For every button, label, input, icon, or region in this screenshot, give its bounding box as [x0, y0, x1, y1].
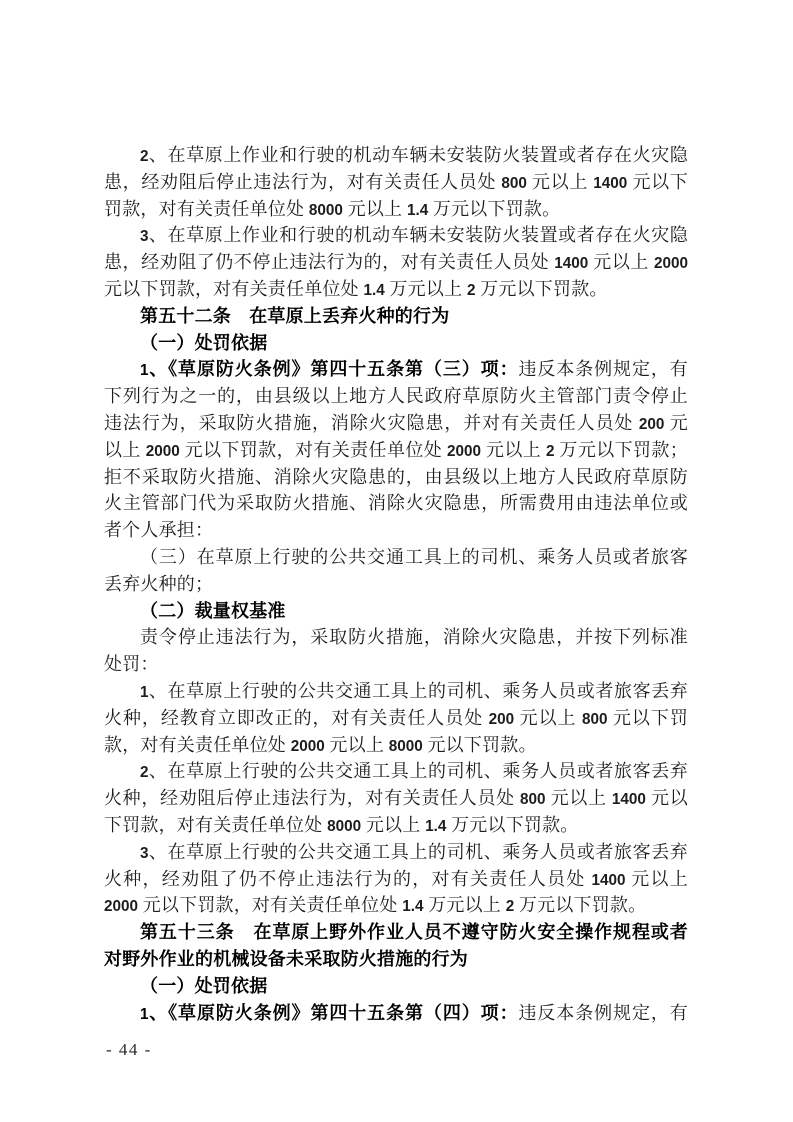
text-run: 元以下罚款，对有关责任单位处 1.4 万元以上 2 万元以下罚款。 — [104, 279, 608, 299]
text-line: 2、在草原上行驶的公共交通工具上的司机、乘务人员或者旅客丢弃 — [104, 758, 688, 785]
text-run: 违反本条例规定，有 — [518, 359, 688, 379]
text-line: 3、在草原上行驶的公共交通工具上的司机、乘务人员或者旅客丢弃 — [104, 839, 688, 866]
text-line: 罚款，对有关责任单位处 8000 元以上 1.4 万元以下罚款。 — [104, 196, 688, 223]
text-run: 3、在草原上作业和行驶的机动车辆未安装防火装置或者存在火灾隐 — [140, 225, 688, 245]
legal-citation-bold: 1、《草原防火条例》第四十五条第（四）项： — [140, 1003, 518, 1023]
text-line: 3、在草原上作业和行驶的机动车辆未安装防火装置或者存在火灾隐 — [104, 222, 688, 249]
heading-run: 对野外作业的机械设备未采取防火措施的行为 — [104, 949, 468, 969]
text-line: 患，经劝阻了仍不停止违法行为的，对有关责任人员处 1400 元以上 2000 — [104, 249, 688, 276]
text-run: 火种，经劝阻了仍不停止违法行为的，对有关责任人员处 1400 元以上 — [104, 869, 688, 889]
text-run: 责令停止违法行为，采取防火措施，消除火灾隐患，并按下列标准 — [140, 627, 688, 647]
article-53-heading-line2: 对野外作业的机械设备未采取防火措施的行为 — [104, 946, 688, 973]
text-run: 火种，经劝阻后停止违法行为，对有关责任人员处 800 元以上 1400 元以 — [104, 788, 688, 808]
text-run: 火主管部门代为采取防火措施、消除火灾隐患，所需费用由违法单位或 — [104, 493, 688, 513]
text-run: 以上 2000 元以下罚款，对有关责任单位处 2000 元以上 2 万元以下罚款… — [104, 440, 688, 460]
text-line: 2、在草原上作业和行驶的机动车辆未安装防火装置或者存在火灾隐 — [104, 142, 688, 169]
text-line: 火主管部门代为采取防火措施、消除火灾隐患，所需费用由违法单位或 — [104, 490, 688, 517]
text-line: 下罚款，对有关责任单位处 8000 元以上 1.4 万元以下罚款。 — [104, 812, 688, 839]
penalty-basis-heading-52: （一）处罚依据 — [104, 330, 688, 357]
text-run: 罚款，对有关责任单位处 8000 元以上 1.4 万元以下罚款。 — [104, 199, 560, 219]
heading-run: （一）处罚依据 — [140, 333, 267, 353]
text-line: 违法行为，采取防火措施，消除火灾隐患，并对有关责任人员处 200 元 — [104, 410, 688, 437]
text-run: 患，经劝阻后停止违法行为，对有关责任人员处 800 元以上 1400 元以下 — [104, 172, 688, 192]
heading-run: （二）裁量权基准 — [140, 601, 286, 621]
text-line: 下列行为之一的，由县级以上地方人民政府草原防火主管部门责令停止 — [104, 383, 688, 410]
article-52-heading: 第五十二条 在草原上丢弃火种的行为 — [104, 303, 688, 330]
text-run: 丢弃火种的； — [104, 574, 213, 594]
text-line: 患，经劝阻后停止违法行为，对有关责任人员处 800 元以上 1400 元以下 — [104, 169, 688, 196]
discretion-benchmark-heading-52: （二）裁量权基准 — [104, 598, 688, 625]
text-run: 患，经劝阻了仍不停止违法行为的，对有关责任人员处 1400 元以上 2000 — [104, 252, 688, 272]
text-line: 以上 2000 元以下罚款，对有关责任单位处 2000 元以上 2 万元以下罚款… — [104, 437, 688, 464]
text-line: 元以下罚款，对有关责任单位处 1.4 万元以上 2 万元以下罚款。 — [104, 276, 688, 303]
text-run: 处罚： — [104, 654, 159, 674]
text-line: 款，对有关责任单位处 2000 元以上 8000 元以下罚款。 — [104, 732, 688, 759]
text-line: 处罚： — [104, 651, 688, 678]
text-line: 1、《草原防火条例》第四十五条第（四）项：违反本条例规定，有 — [104, 1000, 688, 1027]
penalty-basis-heading-53: （一）处罚依据 — [104, 973, 688, 1000]
text-line: 火种，经教育立即改正的，对有关责任人员处 200 元以上 800 元以下罚 — [104, 705, 688, 732]
text-run: 下罚款，对有关责任单位处 8000 元以上 1.4 万元以下罚款。 — [104, 815, 579, 835]
text-run: 者个人承担： — [104, 520, 213, 540]
legal-citation-bold: 1、《草原防火条例》第四十五条第（三）项： — [140, 359, 518, 379]
text-run: 2000 元以下罚款，对有关责任单位处 1.4 万元以上 2 万元以下罚款。 — [104, 895, 646, 915]
text-line: 火种，经劝阻后停止违法行为，对有关责任人员处 800 元以上 1400 元以 — [104, 785, 688, 812]
text-line: （三）在草原上行驶的公共交通工具上的司机、乘务人员或者旅客 — [104, 544, 688, 571]
text-line: 1、在草原上行驶的公共交通工具上的司机、乘务人员或者旅客丢弃 — [104, 678, 688, 705]
text-run: 款，对有关责任单位处 2000 元以上 8000 元以下罚款。 — [104, 735, 537, 755]
text-run: 违反本条例规定，有 — [518, 1003, 688, 1023]
text-line: 2000 元以下罚款，对有关责任单位处 1.4 万元以上 2 万元以下罚款。 — [104, 892, 688, 919]
document-page: 2、在草原上作业和行驶的机动车辆未安装防火装置或者存在火灾隐 患，经劝阻后停止违… — [0, 0, 793, 1122]
text-run: （三）在草原上行驶的公共交通工具上的司机、乘务人员或者旅客 — [140, 547, 688, 567]
text-line: 丢弃火种的； — [104, 571, 688, 598]
heading-run: （一）处罚依据 — [140, 976, 267, 996]
text-run: 违法行为，采取防火措施，消除火灾隐患，并对有关责任人员处 200 元 — [104, 413, 688, 433]
text-run: 2、在草原上作业和行驶的机动车辆未安装防火装置或者存在火灾隐 — [140, 145, 688, 165]
text-run: 下列行为之一的，由县级以上地方人民政府草原防火主管部门责令停止 — [104, 386, 688, 406]
text-line: 火种，经劝阻了仍不停止违法行为的，对有关责任人员处 1400 元以上 — [104, 866, 688, 893]
article-53-heading-line1: 第五十三条 在草原上野外作业人员不遵守防火安全操作规程或者 — [104, 919, 688, 946]
text-line: 责令停止违法行为，采取防火措施，消除火灾隐患，并按下列标准 — [104, 624, 688, 651]
document-body: 2、在草原上作业和行驶的机动车辆未安装防火装置或者存在火灾隐 患，经劝阻后停止违… — [104, 142, 688, 1026]
text-line: 1、《草原防火条例》第四十五条第（三）项：违反本条例规定，有 — [104, 356, 688, 383]
text-line: 者个人承担： — [104, 517, 688, 544]
page-number: - 44 - — [106, 1040, 152, 1060]
text-run: 1、在草原上行驶的公共交通工具上的司机、乘务人员或者旅客丢弃 — [140, 681, 688, 701]
text-run: 2、在草原上行驶的公共交通工具上的司机、乘务人员或者旅客丢弃 — [140, 761, 688, 781]
heading-run: 第五十二条 在草原上丢弃火种的行为 — [140, 306, 449, 326]
text-run: 火种，经教育立即改正的，对有关责任人员处 200 元以上 800 元以下罚 — [104, 708, 688, 728]
text-line: 拒不采取防火措施、消除火灾隐患的，由县级以上地方人民政府草原防 — [104, 464, 688, 491]
heading-run: 第五十三条 在草原上野外作业人员不遵守防火安全操作规程或者 — [140, 922, 688, 942]
text-run: 拒不采取防火措施、消除火灾隐患的，由县级以上地方人民政府草原防 — [104, 467, 688, 487]
text-run: 3、在草原上行驶的公共交通工具上的司机、乘务人员或者旅客丢弃 — [140, 842, 688, 862]
